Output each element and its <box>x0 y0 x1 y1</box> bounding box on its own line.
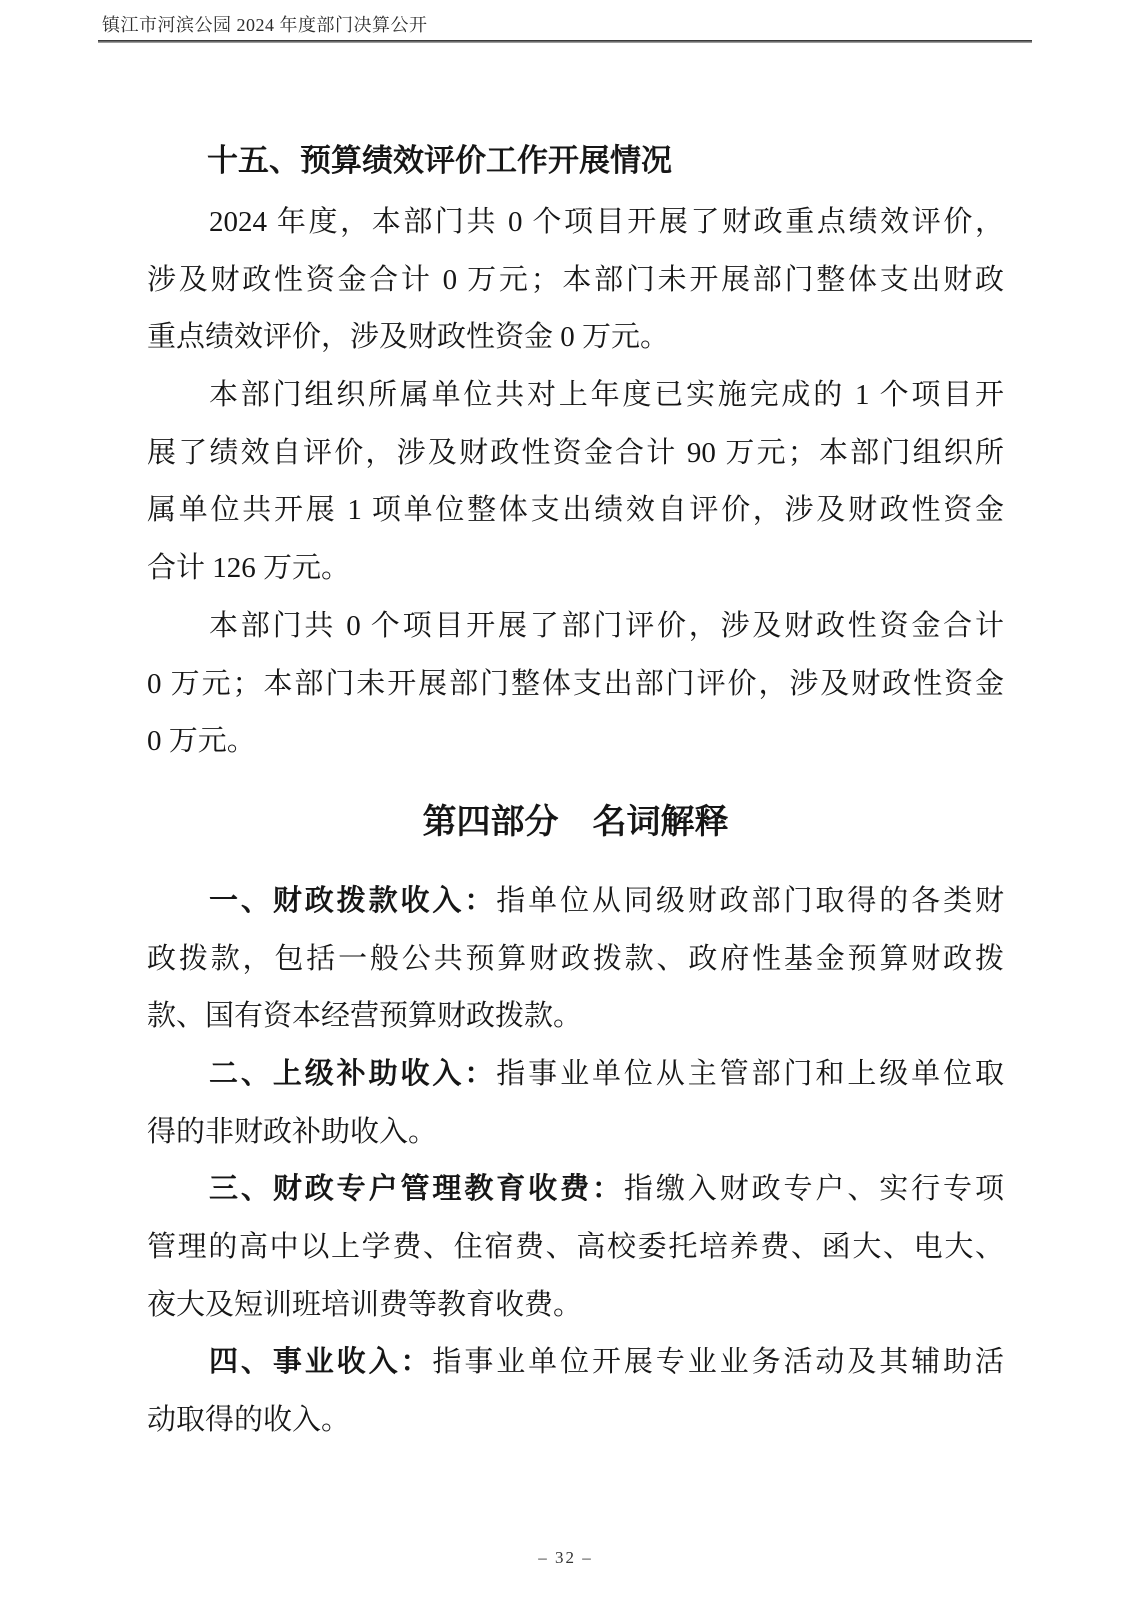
term-text: 指单位从同级财政部门取得的各类财 <box>496 885 1004 917</box>
header-rule <box>98 40 1032 43</box>
paragraph-line: 得的非财政补助收入。 <box>147 1104 1004 1162</box>
page-header-title: 镇江市河滨公园 2024 年度部门决算公开 <box>102 13 428 37</box>
term-text: 指缴入财政专户、实行专项 <box>624 1173 1004 1205</box>
document-body: 十五、预算绩效评价工作开展情况 2024 年度，本部门共 0 个项目开展了财政重… <box>147 128 1004 1450</box>
term-line: 二、上级补助收入：指事业单位从主管部门和上级单位取 <box>147 1046 1004 1104</box>
section4-heading: 第四部分 名词解释 <box>147 771 1004 873</box>
paragraph-line: 管理的高中以上学费、住宿费、高校委托培养费、函大、电大、 <box>147 1219 1004 1277</box>
document-page: 镇江市河滨公园 2024 年度部门决算公开 十五、预算绩效评价工作开展情况 20… <box>0 0 1131 1600</box>
paragraph-line: 夜大及短训班培训费等教育收费。 <box>147 1277 1004 1335</box>
term-text: 指事业单位从主管部门和上级单位取 <box>496 1058 1004 1090</box>
paragraph-line: 款、国有资本经营预算财政拨款。 <box>147 988 1004 1046</box>
term-label: 一、财政拨款收入： <box>209 885 496 917</box>
paragraph-line: 属单位共开展 1 项单位整体支出绩效自评价，涉及财政性资金 <box>147 482 1004 540</box>
page-number: – 32 – <box>0 1548 1131 1568</box>
term-text: 指事业单位开展专业业务活动及其辅助活 <box>432 1346 1004 1378</box>
paragraph-line: 本部门组织所属单位共对上年度已实施完成的 1 个项目开 <box>147 367 1004 425</box>
paragraph-line: 0 万元；本部门未开展部门整体支出部门评价，涉及财政性资金 <box>147 656 1004 714</box>
paragraph-line: 合计 126 万元。 <box>147 540 1004 598</box>
paragraph-line: 政拨款，包括一般公共预算财政拨款、政府性基金预算财政拨 <box>147 931 1004 989</box>
term-label: 四、事业收入： <box>209 1346 432 1378</box>
term-label: 三、财政专户管理教育收费： <box>209 1173 624 1205</box>
section15-heading: 十五、预算绩效评价工作开展情况 <box>147 128 1004 194</box>
paragraph-line: 本部门共 0 个项目开展了部门评价，涉及财政性资金合计 <box>147 598 1004 656</box>
term-line: 四、事业收入：指事业单位开展专业业务活动及其辅助活 <box>147 1334 1004 1392</box>
term-label: 二、上级补助收入： <box>209 1058 496 1090</box>
paragraph-line: 0 万元。 <box>147 713 1004 771</box>
paragraph-line: 涉及财政性资金合计 0 万元；本部门未开展部门整体支出财政 <box>147 252 1004 310</box>
paragraph-line: 展了绩效自评价，涉及财政性资金合计 90 万元；本部门组织所 <box>147 425 1004 483</box>
term-line: 三、财政专户管理教育收费：指缴入财政专户、实行专项 <box>147 1161 1004 1219</box>
term-line: 一、财政拨款收入：指单位从同级财政部门取得的各类财 <box>147 873 1004 931</box>
paragraph-line: 动取得的收入。 <box>147 1392 1004 1450</box>
paragraph-line: 重点绩效评价，涉及财政性资金 0 万元。 <box>147 309 1004 367</box>
paragraph-line: 2024 年度，本部门共 0 个项目开展了财政重点绩效评价， <box>147 194 1004 252</box>
